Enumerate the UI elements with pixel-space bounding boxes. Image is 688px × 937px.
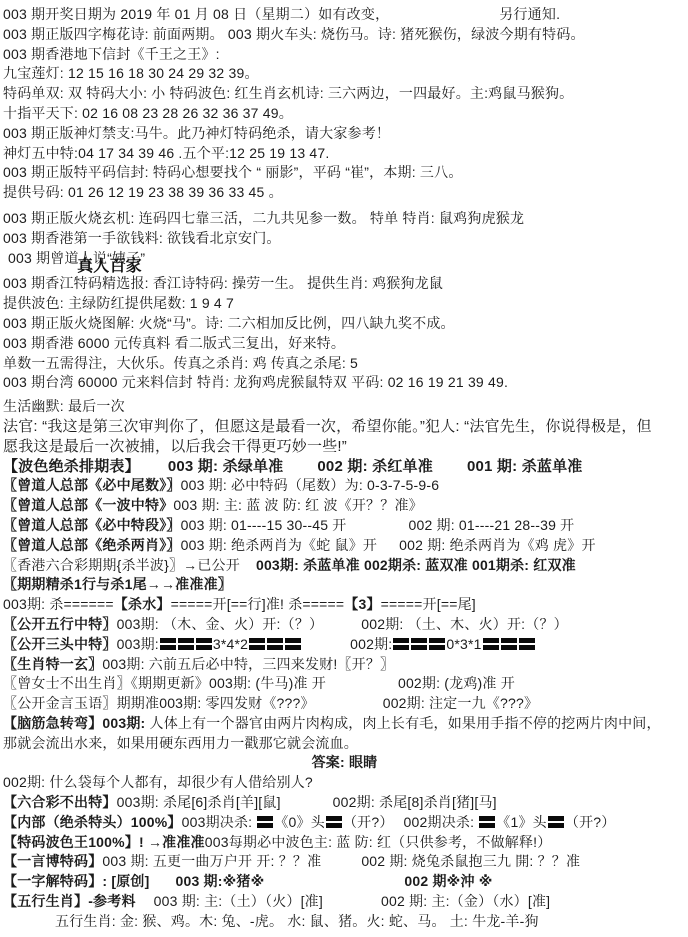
black-bars-icon: [548, 816, 564, 828]
text-segment: 【五行生肖】-参考料: [3, 893, 136, 909]
text-segment: 人体上有一个器官由两片肉构成，肉上长有毛，如果用手指不停的挖两片肉中间，: [145, 715, 660, 731]
text-segment: 〖公开五行中特〗: [3, 616, 117, 632]
text-line: 【波色绝杀排期表】003 期: 杀绿单准002 期: 杀红单准001 期: 杀蓝…: [3, 457, 686, 477]
text-line: 【特码波色王100%】! →准准准003每期必中波色主: 蓝 防: 红（只供参考…: [3, 833, 686, 853]
text-segment: 003 期正版特平码信封: 特码心想要找个 “ 丽影”，平码 “崔”，本期: 三…: [3, 164, 463, 180]
black-bars-icon: [160, 638, 176, 650]
text-line: 003 期正版四字梅花诗: 前面两期。 003 期火车头: 烧伤马。诗: 猪死猴…: [3, 25, 686, 45]
text-segment: 《0》头: [274, 814, 325, 830]
text-segment: 003 期: 杀绿单准: [168, 458, 284, 475]
black-bars-icon: [267, 638, 283, 650]
text-segment: 九宝莲灯: 12 15 16 18 30 24 29 32 39。: [3, 65, 259, 81]
black-bars-icon: [393, 638, 409, 650]
text-segment: 【特码波色王100%】! →准准准: [3, 834, 205, 850]
overlay-text: 真人百家: [77, 257, 142, 277]
text-segment: 【杀水】: [114, 596, 171, 612]
text-segment: 003 期: 五更一曲万户开 开: ？？准: [102, 853, 321, 869]
text-segment: 〖曾道人总部《一波中特》: [3, 497, 173, 513]
text-segment: 【脑筋急转弯】003期:: [3, 715, 145, 731]
text-segment: 002 期: 绝杀两肖为《鸡 虎》开: [399, 537, 596, 553]
text-line: 生活幽默: 最后一次: [3, 397, 686, 417]
text-line: 〖公开五行中特〗003期: （木、金、火）开:（？）002期: （土、木、火）开…: [3, 615, 686, 635]
text-segment: 〖曾女士不出生肖〗《期期更新》: [3, 675, 209, 691]
text-line: 003 期香港地下信封《千王之王》:: [3, 45, 686, 65]
text-segment: 003期:: [117, 636, 159, 652]
black-bars-icon: [519, 638, 535, 650]
text-line: 003 期正版特平码信封: 特码心想要找个 “ 丽影”，平码 “崔”，本期: 三…: [3, 163, 686, 183]
text-segment: 003期: 杀蓝单准 002期杀: 蓝双准 001期杀: 红双准: [256, 557, 576, 573]
text-segment: 003 期开奖日期为 2019 年 01 月 08 日（星期二）如有改变，: [3, 6, 389, 22]
text-segment: 【一字解特码】: [原创]: [3, 873, 149, 889]
text-line: 003 期正版神灯禁支:马牛。此乃神灯特码绝杀，请大家参考！: [3, 124, 686, 144]
text-line: 003 期台湾 60000 元来料信封 特肖: 龙狗鸡虎猴鼠特双 平码: 02 …: [3, 373, 686, 393]
text-line: 【六合彩不出特】003期: 杀尾[6]杀肖[羊][鼠]002期: 杀尾[8]杀肖…: [3, 793, 686, 813]
text-segment: 002 期※沖 ※: [404, 873, 492, 889]
text-segment: 002 期: 杀红单准: [317, 458, 433, 475]
text-line: 答案: 眼睛: [3, 753, 686, 773]
text-line: 〖生肖特一玄〗003期: 六前五后必中特，三四来发财!〖开？〗: [3, 655, 686, 675]
text-segment: 法官: “我这是第三次审判你了，但愿这是最看一次，希望你能。”犯人: “法官先生…: [3, 418, 652, 435]
text-line: 〖期期精杀1行与杀1尾→→准准准〗: [3, 575, 686, 595]
text-line: 003 期香港 6000 元传真料 看二版式三复出，好来特。: [3, 334, 686, 354]
text-segment: 答案: 眼睛: [312, 754, 378, 770]
text-segment: 002期:: [350, 636, 392, 652]
black-bars-icon: [249, 638, 265, 650]
text-segment: =====开[==尾]: [381, 596, 476, 612]
text-segment: 五行生肖: 金: 猴、鸡。木: 兔、-虎。 水: 鼠、猪。火: 蛇、马。 土: …: [55, 913, 539, 929]
text-segment: 003期: 六前五后必中特，三四来发财!〖开？〗: [102, 656, 394, 672]
text-segment: 002 期: 烧兔杀鼠抱三九 開: ？？准: [361, 853, 580, 869]
text-line: 五行生肖: 金: 猴、鸡。木: 兔、-虎。 水: 鼠、猪。火: 蛇、马。 土: …: [3, 912, 686, 932]
text-segment: 003期: 零四发财《???》: [159, 695, 315, 711]
text-segment: 【六合彩不出特】: [3, 794, 117, 810]
text-segment: 003 期正版火烧玄机: 连码四七靠三活，二九共见参一数。 特单 特肖: 鼠鸡狗…: [3, 210, 524, 226]
text-line: 003 期正版火烧玄机: 连码四七靠三活，二九共见参一数。 特单 特肖: 鼠鸡狗…: [3, 209, 686, 229]
text-segment: 〖曾道人总部《必中特段》〗: [3, 517, 181, 533]
document-page: 003 期开奖日期为 2019 年 01 月 08 日（星期二）如有改变，另行通…: [0, 0, 688, 932]
text-segment: 〖香港六合彩期期{杀半波}〗→已公开: [3, 557, 240, 573]
text-segment: 003 期正版四字梅花诗: 前面两期。 003 期火车头: 烧伤马。诗: 猪死猴…: [3, 26, 585, 42]
black-bars-icon: [483, 638, 499, 650]
text-segment: 特码单双: 双 特码大小: 小 特码波色: 红生肖玄机诗: 三六两边，一四最好。…: [3, 85, 573, 101]
text-segment: 003 期香港 6000 元传真料 看二版式三复出，好来特。: [3, 335, 345, 351]
text-segment: 003 期香港第一手欲钱料: 欲钱看北京安门。: [3, 230, 281, 246]
text-line: 十指平天下: 02 16 08 23 28 26 32 36 37 49。: [3, 104, 686, 124]
text-line: 003 期香江特码精选报: 香江诗特码: 操劳一生。 提供生肖: 鸡猴狗龙鼠: [3, 274, 686, 294]
text-segment: 《1》头: [496, 814, 547, 830]
text-segment: 003 期: 主: 蓝 波 防: 红 波《开？？准》: [173, 497, 422, 513]
text-segment: 003 期: 01----15 30--45 开: [181, 517, 347, 533]
text-line: 那就会流出水来，如果用硬东西用力一戳那它就会流血。: [3, 734, 686, 754]
text-line: 003期: 杀======【杀水】=====开[==行]准! 杀=====【3】…: [3, 595, 686, 615]
text-segment: 003 期: 绝杀两肖为《蛇 鼠》开: [181, 537, 378, 553]
text-segment: 003期: 杀======: [3, 596, 114, 612]
text-segment: 002期: 什么袋每个人都有，却很少有人借给别人?: [3, 774, 313, 790]
text-segment: 单数一五需得注，大伙乐。传真之杀肖: 鸡 传真之杀尾: 5: [3, 355, 358, 371]
text-line: 002期: 什么袋每个人都有，却很少有人借给别人?: [3, 773, 686, 793]
black-bars-icon: [257, 816, 273, 828]
text-line: 〖香港六合彩期期{杀半波}〗→已公开003期: 杀蓝单准 002期杀: 蓝双准 …: [3, 556, 686, 576]
text-segment: 另行通知.: [499, 6, 560, 22]
text-segment: 003 期香江特码精选报: 香江诗特码: 操劳一生。 提供生肖: 鸡猴狗龙鼠: [3, 275, 443, 291]
text-line: 003 期开奖日期为 2019 年 01 月 08 日（星期二）如有改变，另行通…: [3, 5, 686, 25]
text-line: 【五行生肖】-参考料003 期: 主:（土）（火）[准]002 期: 主:（金）…: [3, 892, 686, 912]
black-bars-icon: [285, 638, 301, 650]
text-line: 单数一五需得注，大伙乐。传真之杀肖: 鸡 传真之杀尾: 5: [3, 354, 686, 374]
text-segment: 003期: (牛马)准 开: [209, 675, 326, 691]
text-line: 九宝莲灯: 12 15 16 18 30 24 29 32 39。: [3, 64, 686, 84]
text-segment: 那就会流出水来，如果用硬东西用力一戳那它就会流血。: [3, 735, 358, 751]
text-line: 【一字解特码】: [原创]003 期:※猪※002 期※沖 ※: [3, 872, 686, 892]
text-segment: 【一言博特码】: [3, 853, 102, 869]
text-segment: 【3】: [344, 596, 380, 612]
text-line: 003 期曾道人说“姨子”真人百家: [3, 249, 686, 269]
text-segment: （开?）: [565, 814, 616, 830]
black-bars-icon: [411, 638, 427, 650]
text-line: 【脑筋急转弯】003期: 人体上有一个器官由两片肉构成，肉上长有毛，如果用手指不…: [3, 714, 686, 734]
black-bars-icon: [479, 816, 495, 828]
text-line: 〖公开金言玉语〗期期准003期: 零四发财《???》002期: 注定一九《???…: [3, 694, 686, 714]
text-line: 〖公开三头中特〗003期:3*4*2002期:0*3*1: [3, 635, 686, 655]
black-bars-icon: [178, 638, 194, 650]
text-segment: 003期决杀:: [182, 814, 257, 830]
text-segment: 〖曾道人总部《必中尾数》〗: [3, 477, 181, 493]
text-line: 003 期香港第一手欲钱料: 欲钱看北京安门。: [3, 229, 686, 249]
text-segment: 〖生肖特一玄〗: [3, 656, 102, 672]
text-segment: （开?）: [343, 814, 394, 830]
black-bars-icon: [501, 638, 517, 650]
text-line: 【内部（绝杀特头）100%】003期决杀: 《0》头（开?）002期决杀: 《1…: [3, 813, 686, 833]
text-line: 〖曾道人总部《一波中特》003 期: 主: 蓝 波 防: 红 波《开？？准》: [3, 496, 686, 516]
black-bars-icon: [326, 816, 342, 828]
text-segment: 002期决杀:: [404, 814, 479, 830]
text-segment: 〖公开三头中特〗: [3, 636, 117, 652]
text-segment: 002期: (龙鸡)准 开: [398, 675, 515, 691]
text-segment: 十指平天下: 02 16 08 23 28 26 32 36 37 49。: [3, 105, 293, 121]
text-segment: 神灯五中特:04 17 34 39 46 .五个平:12 25 19 13 47…: [3, 145, 330, 161]
text-segment: 003期: （木、金、火）开:（？）: [117, 616, 324, 632]
text-segment: 3*4*2: [213, 636, 248, 652]
text-segment: 〖期期精杀1行与杀1尾→→准准准〗: [3, 576, 232, 592]
text-segment: 003期: 杀尾[6]杀肖[羊][鼠]: [117, 794, 281, 810]
text-segment: 002期: （土、木、火）开:（？）: [361, 616, 568, 632]
text-segment: 003 期香港地下信封《千王之王》:: [3, 46, 220, 62]
text-segment: 生活幽默: 最后一次: [3, 398, 125, 414]
text-segment: 003 期正版神灯禁支:马牛。此乃神灯特码绝杀，请大家参考！: [3, 125, 390, 141]
text-segment: 002期: 杀尾[8]杀肖[猪][马]: [333, 794, 497, 810]
text-segment: 愿我这是最后一次被捕，以后我会干得更巧妙一些!”: [3, 438, 347, 455]
text-line: 〖曾道人总部《必中特段》〗003 期: 01----15 30--45 开002…: [3, 516, 686, 536]
text-line: 法官: “我这是第三次审判你了，但愿这是最看一次，希望你能。”犯人: “法官先生…: [3, 417, 686, 437]
text-line: 〖曾道人总部《必中尾数》〗003 期: 必中特码（尾数）为: 0-3-7-5-9…: [3, 476, 686, 496]
text-segment: 〖曾道人总部《绝杀两肖》〗: [3, 537, 181, 553]
text-segment: 003 期:※猪※: [175, 873, 264, 889]
text-segment: =====开[==行]准! 杀=====: [171, 596, 345, 612]
black-bars-icon: [196, 638, 212, 650]
text-segment: 002 期: 主:（金）（水）[准]: [381, 893, 550, 909]
text-segment: 001 期: 杀蓝单准: [467, 458, 583, 475]
text-line: 003 期正版火烧图解: 火烧“马”。诗: 二六相加反比例，四八缺九奖不成。: [3, 314, 686, 334]
black-bars-icon: [429, 638, 445, 650]
text-line: 〖曾道人总部《绝杀两肖》〗003 期: 绝杀两肖为《蛇 鼠》开002 期: 绝杀…: [3, 536, 686, 556]
text-segment: 提供号码: 01 26 12 19 23 38 39 36 33 45 。: [3, 184, 283, 200]
text-line: 特码单双: 双 特码大小: 小 特码波色: 红生肖玄机诗: 三六两边，一四最好。…: [3, 84, 686, 104]
text-line: 提供号码: 01 26 12 19 23 38 39 36 33 45 。: [3, 183, 686, 203]
text-line: 提供波色: 主绿防红提供尾数: 1 9 4 7: [3, 294, 686, 314]
text-segment: 提供波色: 主绿防红提供尾数: 1 9 4 7: [3, 295, 234, 311]
text-segment: 0*3*1: [446, 636, 481, 652]
text-segment: 003 期台湾 60000 元来料信封 特肖: 龙狗鸡虎猴鼠特双 平码: 02 …: [3, 374, 508, 390]
text-line: 〖曾女士不出生肖〗《期期更新》003期: (牛马)准 开002期: (龙鸡)准 …: [3, 674, 686, 694]
text-line: 神灯五中特:04 17 34 39 46 .五个平:12 25 19 13 47…: [3, 144, 686, 164]
text-segment: 003 期正版火烧图解: 火烧“马”。诗: 二六相加反比例，四八缺九奖不成。: [3, 315, 455, 331]
text-segment: 002 期: 01----21 28--39 开: [408, 517, 574, 533]
text-segment: 〖公开金言玉语〗期期准: [3, 695, 159, 711]
text-line: 愿我这是最后一次被捕，以后我会干得更巧妙一些!”: [3, 437, 686, 457]
text-segment: 003 期: 必中特码（尾数）为: 0-3-7-5-9-6: [181, 477, 440, 493]
text-segment: 【内部（绝杀特头）100%】: [3, 814, 182, 830]
text-segment: 002期: 注定一九《???》: [383, 695, 539, 711]
text-segment: 【波色绝杀排期表】: [3, 458, 140, 475]
text-line: 【一言博特码】003 期: 五更一曲万户开 开: ？？准002 期: 烧兔杀鼠抱…: [3, 852, 686, 872]
text-segment: 003 期: 主:（土）（火）[准]: [154, 893, 323, 909]
text-segment: 003每期必中波色主: 蓝 防: 红（只供参考，不做解释!）: [205, 834, 552, 850]
